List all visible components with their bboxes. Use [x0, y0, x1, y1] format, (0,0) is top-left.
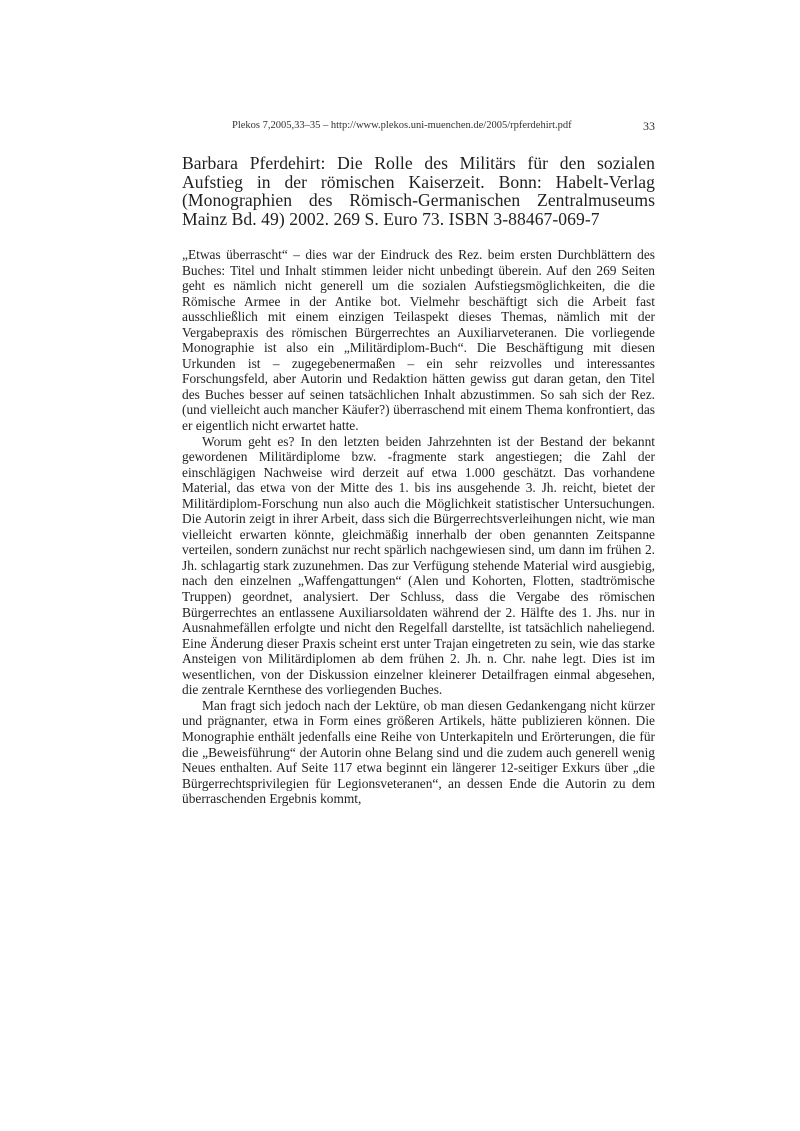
review-title: Barbara Pferdehirt: Die Rolle des Militä…	[182, 154, 655, 228]
paragraph-1: „Etwas überrascht“ – dies war der Eindru…	[182, 247, 655, 434]
paragraph-3: Man fragt sich jedoch nach der Lektüre, …	[182, 698, 655, 807]
page: Plekos 7,2005,33–35 – http://www.plekos.…	[182, 118, 655, 807]
paragraph-2: Worum geht es? In den letzten beiden Jah…	[182, 434, 655, 698]
running-head: Plekos 7,2005,33–35 – http://www.plekos.…	[182, 118, 655, 134]
page-number: 33	[643, 118, 655, 134]
citation-header: Plekos 7,2005,33–35 – http://www.plekos.…	[232, 118, 572, 134]
review-body: „Etwas überrascht“ – dies war der Eindru…	[182, 247, 655, 807]
